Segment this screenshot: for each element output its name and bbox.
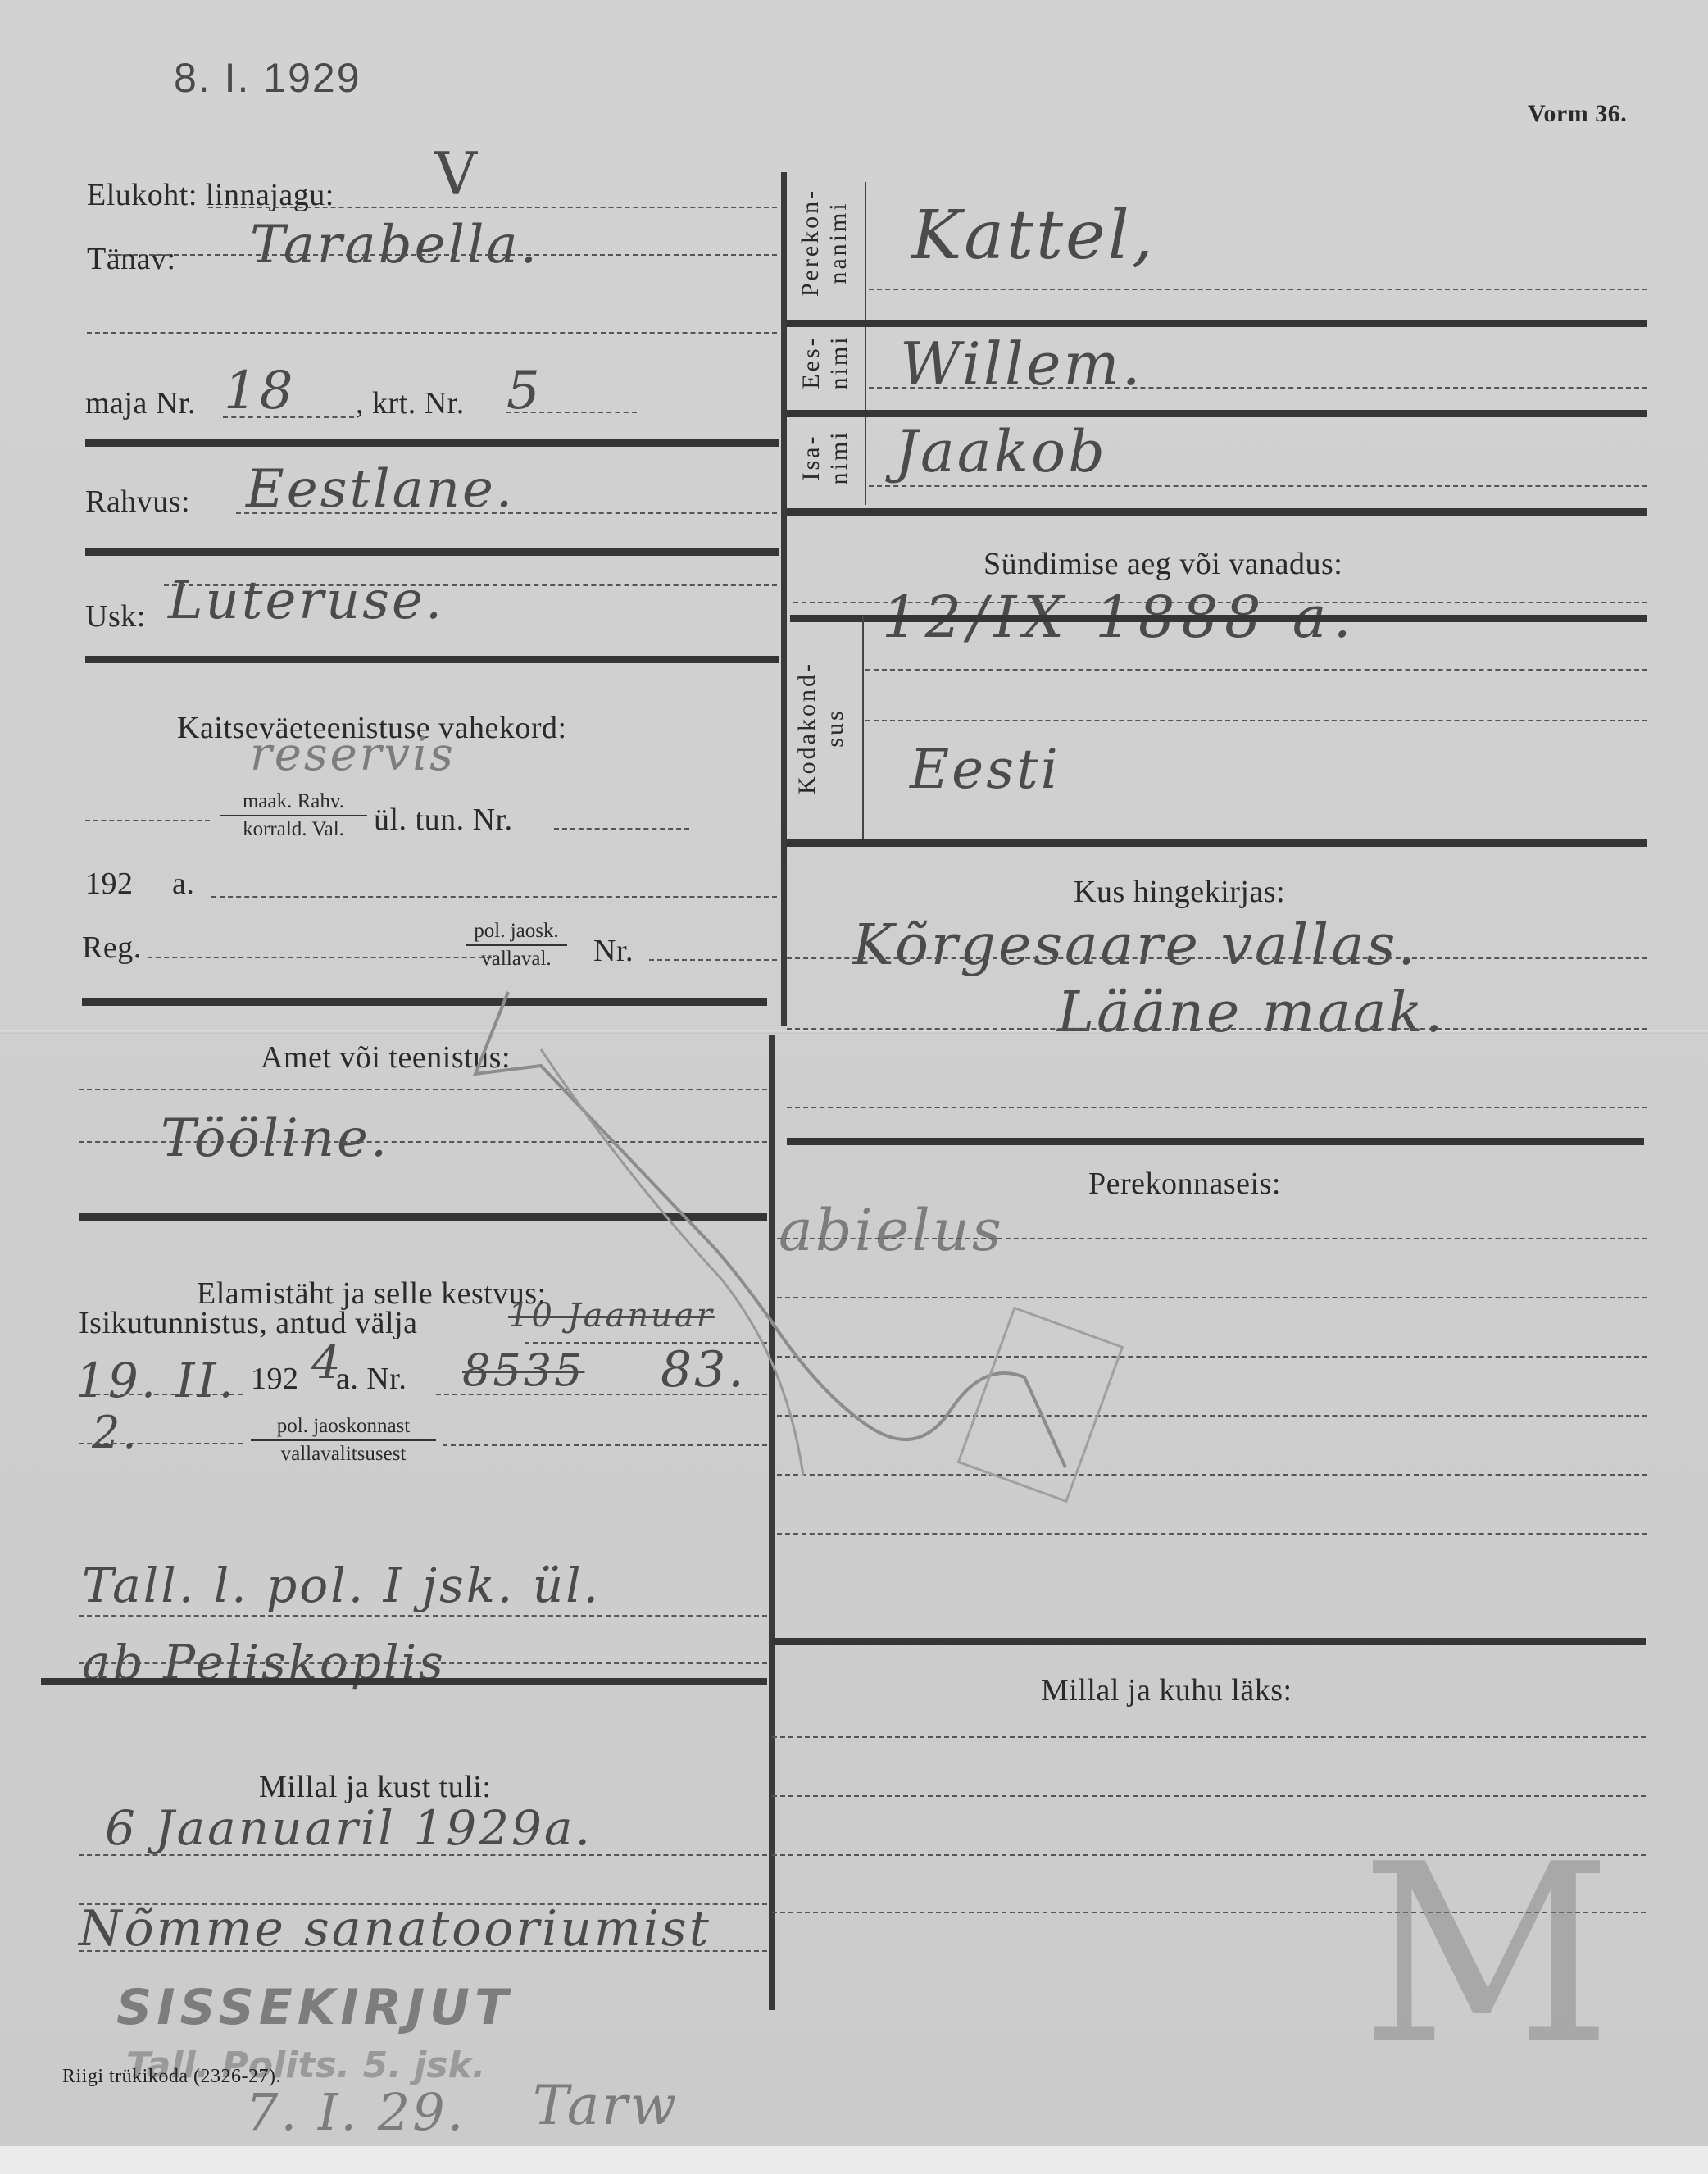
registration-stamp: SISSEKIRJUT xyxy=(116,1979,513,2036)
district-value: V xyxy=(434,139,479,208)
id-year-label: 192 xyxy=(251,1361,299,1397)
street-line-2 xyxy=(87,332,777,334)
label-divider xyxy=(865,182,866,505)
military-number-line xyxy=(554,828,689,830)
date-stamp: 8. I. 1929 xyxy=(174,54,361,102)
religion-label: Usk: xyxy=(85,598,146,634)
street-value: Tarabella. xyxy=(250,215,539,275)
label-line: nimi xyxy=(825,430,852,485)
section-divider xyxy=(787,508,1647,516)
signature-date: 7. I. 29. xyxy=(246,2082,466,2142)
arrival-date: 6 Jaanuaril 1929a. xyxy=(105,1800,593,1856)
fraction-bottom: vallavalitsusest xyxy=(281,1443,407,1465)
military-reg-suffix: ül. tun. Nr. xyxy=(374,802,513,838)
label-line: Ees- xyxy=(797,335,824,389)
arrival-from: Nõmme sanatooriumist xyxy=(79,1900,711,1958)
arrival-date-line xyxy=(79,1854,767,1856)
father-name-value: Jaakob xyxy=(895,418,1107,485)
section-divider xyxy=(787,410,1647,417)
station-value: 2. xyxy=(92,1407,139,1458)
form-number: Vorm 36. xyxy=(1528,100,1627,128)
label-line: Perekon- xyxy=(797,189,824,297)
section-divider xyxy=(787,320,1647,327)
citizenship-line-top xyxy=(865,669,1647,671)
label-line: sus xyxy=(821,708,848,747)
house-label: maja Nr. xyxy=(85,385,196,421)
nationality-value: Eestlane. xyxy=(246,459,515,520)
citizenship-value: Eesti xyxy=(910,738,1061,801)
apartment-label: , krt. Nr. xyxy=(356,385,465,421)
id-date: 19. II. xyxy=(75,1353,236,1408)
surname-value: Kattel, xyxy=(911,197,1156,275)
surname-line xyxy=(869,289,1647,290)
label-line: nanimi xyxy=(824,201,852,284)
issuer-line-rule-2 xyxy=(79,1662,767,1664)
id-label: Isikutunnistus, antud välja xyxy=(79,1305,418,1341)
house-line xyxy=(223,416,354,418)
issuer-line-1: Tall. l. pol. I jsk. ül. xyxy=(82,1558,601,1613)
section-divider xyxy=(772,1638,1646,1645)
religion-line xyxy=(164,584,777,586)
label-line: Kodakond- xyxy=(793,662,820,794)
street-line xyxy=(108,254,777,256)
departure-line xyxy=(772,1736,1646,1738)
station-line xyxy=(79,1443,243,1444)
parish-register-rule xyxy=(787,957,1647,959)
fraction-top: pol. jaosk. xyxy=(466,918,567,946)
first-name-label: Ees-nimi xyxy=(797,317,856,407)
apartment-line xyxy=(506,412,637,413)
signature: Tarw xyxy=(533,2074,679,2137)
house-value: 18 xyxy=(224,361,295,421)
fraction-top: pol. jaoskonnast xyxy=(251,1413,436,1441)
reg-line xyxy=(148,957,492,958)
military-line xyxy=(85,820,210,821)
scan-edge xyxy=(0,2146,1708,2174)
fraction-bottom: vallaval. xyxy=(481,948,551,970)
first-name-line xyxy=(869,387,1647,389)
label-line: nimi xyxy=(825,335,852,390)
column-divider xyxy=(781,172,787,1026)
fraction-bottom: korrald. Val. xyxy=(243,818,344,840)
departure-heading: Millal ja kuhu läks: xyxy=(1041,1672,1292,1708)
section-divider xyxy=(41,1678,767,1685)
military-year-line xyxy=(211,896,777,898)
occupation-value: Tööline. xyxy=(161,1108,389,1169)
section-divider xyxy=(85,439,779,447)
military-fraction: maak. Rahv. korrald. Val. xyxy=(220,789,367,843)
street-label: Tänav: xyxy=(87,241,176,277)
pencil-scribble-icon xyxy=(459,967,1131,1541)
parish-register-heading: Kus hingekirjas: xyxy=(1074,874,1285,910)
arrival-from-line xyxy=(79,1950,767,1952)
reg-fraction: pol. jaosk. vallaval. xyxy=(466,918,567,972)
reg-nr-line xyxy=(649,959,777,961)
citizenship-line xyxy=(865,720,1647,721)
section-divider xyxy=(787,839,1647,847)
father-name-label: Isa-nimi xyxy=(797,412,856,503)
section-divider xyxy=(790,615,1647,622)
label-divider xyxy=(862,616,864,839)
reg-nr-label: Nr. xyxy=(593,933,634,969)
issuer-line-rule xyxy=(79,1615,767,1617)
pencil-cancel-mark: M xyxy=(1360,1812,1612,2098)
id-year-suffix: a. Nr. xyxy=(336,1361,407,1397)
citizenship-label: Kodakond-sus xyxy=(793,656,852,800)
fraction-top: maak. Rahv. xyxy=(220,789,367,816)
military-value: reservis xyxy=(250,728,456,781)
surname-label: Perekon-nanimi xyxy=(797,169,856,316)
nationality-line xyxy=(236,512,777,514)
religion-value: Luteruse. xyxy=(168,571,444,631)
military-year-label: 192 xyxy=(85,866,134,902)
section-divider xyxy=(85,656,779,663)
label-line: Isa- xyxy=(797,434,824,481)
district-line xyxy=(208,207,777,208)
nationality-label: Rahvus: xyxy=(85,484,190,520)
father-name-line xyxy=(869,485,1647,487)
id-date-line xyxy=(79,1394,243,1395)
birth-line xyxy=(793,602,1647,603)
departure-line-2 xyxy=(772,1795,1646,1797)
reg-label: Reg. xyxy=(82,930,142,966)
birth-heading: Sündimise aeg või vanadus: xyxy=(983,546,1342,582)
military-year-suffix: a. xyxy=(172,866,194,902)
section-divider xyxy=(85,548,779,556)
issuer-fraction: pol. jaoskonnast vallavalitsusest xyxy=(251,1413,436,1467)
